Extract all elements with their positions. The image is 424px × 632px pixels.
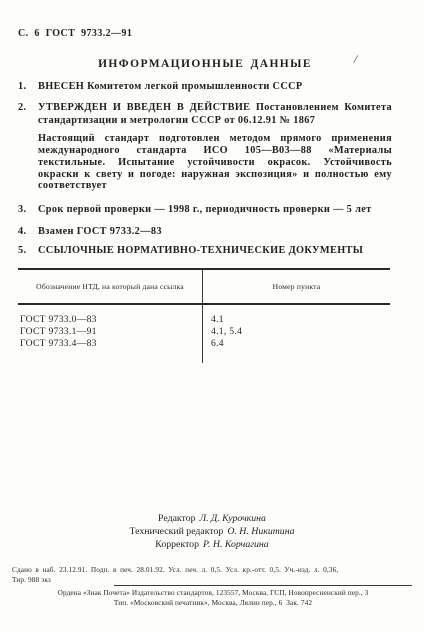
staff-role: Корректор (155, 539, 199, 550)
table-row: ГОСТ 9733.4—83 (20, 338, 202, 350)
staff-line: Технический редакторО. Н. Никитина (0, 526, 424, 539)
item-text: Взамен ГОСТ 9733.2—83 (38, 226, 162, 237)
staff-role: Технический редактор (130, 526, 224, 537)
table-body: ГОСТ 9733.0—83 ГОСТ 9733.1—91 ГОСТ 9733.… (18, 305, 390, 363)
table-row: 4.1 (211, 314, 390, 326)
page-title: ИНФОРМАЦИОННЫЕ ДАННЫЕ (98, 58, 312, 70)
table-row: ГОСТ 9733.1—91 (20, 326, 202, 338)
item-text: ВНЕСЕН Комитетом легкой промышленности С… (38, 81, 303, 92)
staff-role: Редактор (158, 513, 195, 524)
table-row: 6.4 (211, 338, 390, 350)
item-note: Настоящий стандарт подготовлен методом п… (38, 133, 392, 192)
list-item-4: 4. Взамен ГОСТ 9733.2—83 (18, 226, 392, 239)
list-item-5: 5. ССЫЛОЧНЫЕ НОРМАТИВНО-ТЕХНИЧЕСКИЕ ДОКУ… (18, 245, 392, 258)
colophon: Сдано в наб. 23.12.91. Подп. в печ. 28.0… (12, 565, 414, 607)
staff-credits: РедакторЛ. Д. Курочкина Технический реда… (0, 513, 424, 551)
table-header-ntd: Обозначение НТД, на который дана ссылка (18, 270, 203, 303)
item-number: 4. (18, 226, 26, 239)
item-text: Срок первой проверки — 1998 г., периодич… (38, 204, 372, 215)
table-row: 4.1, 5.4 (211, 326, 390, 338)
staff-name: О. Н. Никитина (227, 526, 294, 537)
staff-name: Л. Д. Курочкина (200, 513, 266, 524)
references-table: Обозначение НТД, на который дана ссылка … (18, 268, 390, 363)
list-item-1: 1. ВНЕСЕН Комитетом легкой промышленност… (18, 81, 392, 94)
page-content: С. 6 ГОСТ 9733.2—91 ИНФОРМАЦИОННЫЕ ДАННЫ… (18, 28, 392, 363)
publisher-line-2: Тип. «Московский печатник», Москва, Ляли… (12, 598, 414, 608)
imprint-divider (114, 585, 412, 586)
item-number: 3. (18, 204, 26, 217)
title-row: ИНФОРМАЦИОННЫЕ ДАННЫЕ / (18, 54, 392, 68)
publisher-line-1: Ордена «Знак Почета» Издательство станда… (12, 588, 414, 598)
table-column-clause: 4.1 4.1, 5.4 6.4 (203, 305, 390, 363)
document-page: С. 6 ГОСТ 9733.2—91 ИНФОРМАЦИОННЫЕ ДАННЫ… (0, 0, 424, 632)
item-text: УТВЕРЖДЕН И ВВЕДЕН В ДЕЙСТВИЕ Постановле… (38, 102, 392, 126)
item-text: ССЫЛОЧНЫЕ НОРМАТИВНО-ТЕХНИЧЕСКИЕ ДОКУМЕН… (38, 245, 363, 256)
imprint-line-2: Тир. 988 экз (12, 575, 414, 585)
imprint-line-1: Сдано в наб. 23.12.91. Подп. в печ. 28.0… (12, 565, 414, 575)
item-number: 1. (18, 81, 26, 94)
table-header-row: Обозначение НТД, на который дана ссылка … (18, 270, 390, 305)
table-row: ГОСТ 9733.0—83 (20, 314, 202, 326)
numbered-items: 1. ВНЕСЕН Комитетом легкой промышленност… (18, 81, 392, 257)
table-header-clause: Номер пункта (203, 270, 390, 303)
table-header-clause-label: Номер пункта (273, 282, 321, 291)
list-item-3: 3. Срок первой проверки — 1998 г., перио… (18, 204, 392, 217)
running-head: С. 6 ГОСТ 9733.2—91 (18, 28, 392, 39)
table-header-ntd-label: Обозначение НТД, на который дана ссылка (36, 282, 184, 291)
item-number: 5. (18, 245, 26, 258)
staff-line: КорректорР. Н. Корчагина (0, 539, 424, 552)
staff-name: Р. Н. Корчагина (203, 539, 269, 550)
pen-mark: / (353, 52, 359, 67)
table-column-ntd: ГОСТ 9733.0—83 ГОСТ 9733.1—91 ГОСТ 9733.… (18, 305, 203, 363)
staff-line: РедакторЛ. Д. Курочкина (0, 513, 424, 526)
item-number: 2. (18, 102, 26, 115)
list-item-2: 2. УТВЕРЖДЕН И ВВЕДЕН В ДЕЙСТВИЕ Постано… (18, 102, 392, 192)
